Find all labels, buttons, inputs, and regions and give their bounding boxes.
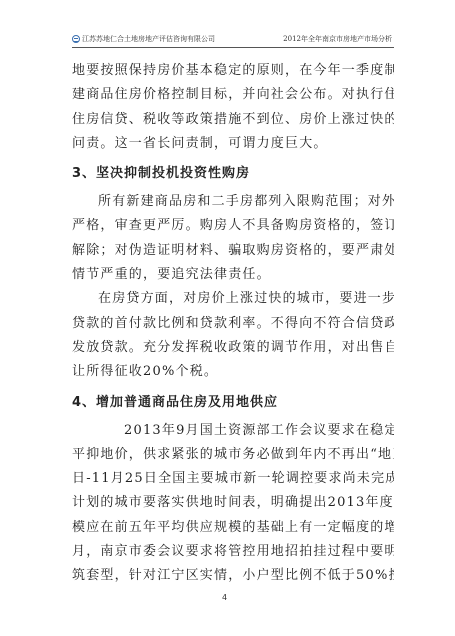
text-line: 严格，审查更严厉。购房人不具备购房资格的，签订的购房合同必须: [72, 214, 394, 238]
text-line: 2013年9月国土资源部工作会议要求在稳定土地供应的同时，: [72, 419, 394, 443]
paragraph-price-control: 地要按照保持房价基本稳定的原则，在今年一季度制定本地区年度新 建商品住房价格控制…: [72, 59, 394, 156]
text-line: 住房信贷、税收等政策措施不到位、房价上涨过快的，要进行约谈和: [72, 108, 394, 132]
company-logo-icon: [72, 35, 80, 43]
text-line: 在房贷方面，对房价上涨过快的城市，要进一步提高第二套住房: [72, 287, 394, 311]
text-line: 地要按照保持房价基本稳定的原则，在今年一季度制定本地区年度新: [72, 59, 394, 83]
page-number: 4: [222, 593, 227, 602]
text-line: 日-11月25日全国主要城市新一轮调控要求尚未完成2013年度供地: [72, 467, 394, 491]
header-report-title: 2012年全年南京市房地产市场分析: [283, 34, 392, 44]
header-company-name: 江苏苏地仁合土地房地产评估咨询有限公司: [82, 34, 215, 44]
text-line: 解除；对伪造证明材料、骗取购房资格的，要严肃处理相关责任人；: [72, 239, 394, 263]
paragraph-mortgage-policy: 在房贷方面，对房价上涨过快的城市，要进一步提高第二套住房 贷款的首付款比例和贷款…: [72, 287, 394, 384]
text-line: 月，南京市委会议要求将管控用地招拍挂过程中要明确商品住房的建: [72, 540, 394, 564]
section-heading-3: 3、坚决抑制投机投资性购房: [72, 162, 394, 186]
page-header: 江苏苏地仁合土地房地产评估咨询有限公司 2012年全年南京市房地产市场分析: [72, 33, 394, 48]
text-line: 问责。这一省长问责制，可谓力度巨大。: [72, 132, 394, 156]
text-line: 贷款的首付款比例和贷款利率。不得向不符合信贷政策的借款人违规: [72, 312, 394, 336]
text-line: 情节严重的，要追究法律责任。: [72, 263, 394, 287]
text-line: 平抑地价，供求紧张的城市务必做到年内不再出“地王”。10月26: [72, 443, 394, 467]
text-line: 建商品住房价格控制目标，并向社会公布。对执行住房限购和差别化: [72, 83, 394, 107]
document-body: 地要按照保持房价基本稳定的原则，在今年一季度制定本地区年度新 建商品住房价格控制…: [72, 59, 394, 589]
text-line: 计划的城市要落实供地时间表，明确提出2013年度住宅用地供应规: [72, 491, 394, 515]
text-line: 所有新建商品房和二手房都列入限购范围；对外地人买房限制更: [72, 190, 394, 214]
paragraph-purchase-restriction: 所有新建商品房和二手房都列入限购范围；对外地人买房限制更 严格，审查更严厉。购房…: [72, 190, 394, 287]
header-company: 江苏苏地仁合土地房地产评估咨询有限公司: [72, 34, 215, 44]
text-line: 让所得征收20%个税。: [72, 360, 394, 384]
paragraph-land-supply: 2013年9月国土资源部工作会议要求在稳定土地供应的同时， 平抑地价，供求紧张的…: [72, 419, 394, 589]
section-heading-4: 4、增加普通商品住房及用地供应: [72, 391, 394, 415]
text-line: 筑套型，针对江宁区实情，小户型比例不低于50%控制供地。: [72, 564, 394, 588]
text-line: 模应在前五年平均供应规模的基础上有一定幅度的增加。2013年12: [72, 516, 394, 540]
text-line: 发放贷款。充分发挥税收政策的调节作用，对出售自有住房的，按转: [72, 336, 394, 360]
